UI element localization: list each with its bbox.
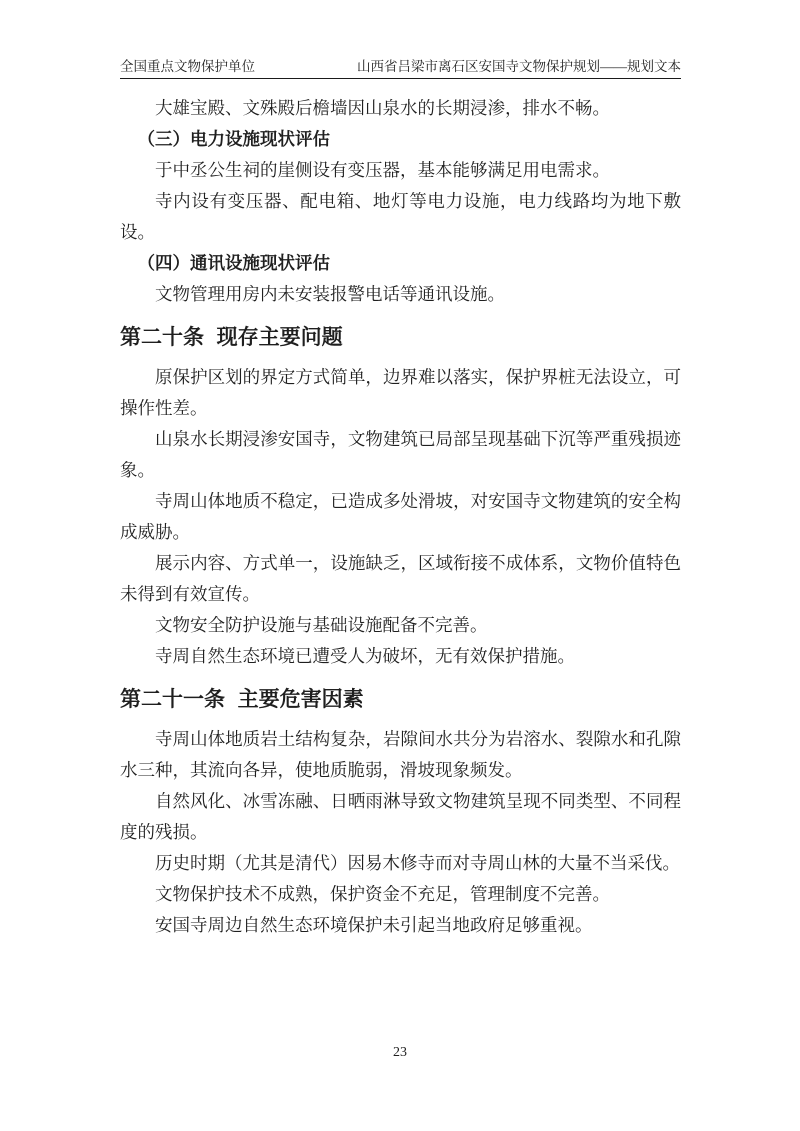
subsection-heading: （四）通讯设施现状评估 — [120, 248, 681, 279]
paragraph: 文物安全防护设施与基础设施配备不完善。 — [120, 610, 681, 641]
paragraph: 展示内容、方式单一，设施缺乏，区域衔接不成体系，文物价值特色未得到有效宣传。 — [120, 548, 681, 610]
paragraph: 寺周山体地质不稳定，已造成多处滑坡，对安国寺文物建筑的安全构成威胁。 — [120, 486, 681, 548]
article-heading: 第二十一条主要危害因素 — [120, 683, 681, 716]
page-content: 全国重点文物保护单位 山西省吕梁市离石区安国寺文物保护规划——规划文本 大雄宝殿… — [120, 57, 681, 941]
paragraph: 自然风化、冰雪冻融、日晒雨淋导致文物建筑呈现不同类型、不同程度的残损。 — [120, 786, 681, 848]
page-footer: 23 — [0, 1044, 800, 1062]
paragraph: 原保护区划的界定方式简单，边界难以落实，保护界桩无法设立，可操作性差。 — [120, 362, 681, 424]
paragraph: 历史时期（尤其是清代）因易木修寺而对寺周山林的大量不当采伐。 — [120, 848, 681, 879]
article-title: 主要危害因素 — [238, 688, 364, 711]
article-heading: 第二十条现存主要问题 — [120, 321, 681, 354]
paragraph: 安国寺周边自然生态环境保护未引起当地政府足够重视。 — [120, 910, 681, 941]
paragraph: 山泉水长期浸渗安国寺，文物建筑已局部呈现基础下沉等严重残损迹象。 — [120, 424, 681, 486]
page-header: 全国重点文物保护单位 山西省吕梁市离石区安国寺文物保护规划——规划文本 — [120, 57, 681, 79]
page-number: 23 — [393, 1045, 407, 1060]
header-left-text: 全国重点文物保护单位 — [120, 57, 255, 77]
subsection-heading: （三）电力设施现状评估 — [120, 124, 681, 155]
paragraph: 文物保护技术不成熟，保护资金不充足，管理制度不完善。 — [120, 879, 681, 910]
paragraph: 寺内设有变压器、配电箱、地灯等电力设施，电力线路均为地下敷设。 — [120, 186, 681, 248]
article-title: 现存主要问题 — [217, 326, 343, 349]
paragraph: 寺周自然生态环境已遭受人为破坏，无有效保护措施。 — [120, 641, 681, 672]
paragraph: 文物管理用房内未安装报警电话等通讯设施。 — [120, 279, 681, 310]
document-body: 大雄宝殿、文殊殿后檐墙因山泉水的长期浸渗，排水不畅。 （三）电力设施现状评估 于… — [120, 93, 681, 941]
article-number: 第二十一条 — [120, 688, 225, 711]
paragraph: 大雄宝殿、文殊殿后檐墙因山泉水的长期浸渗，排水不畅。 — [120, 93, 681, 124]
paragraph: 寺周山体地质岩土结构复杂，岩隙间水共分为岩溶水、裂隙水和孔隙水三种，其流向各异，… — [120, 724, 681, 786]
paragraph: 于中丞公生祠的崖侧设有变压器，基本能够满足用电需求。 — [120, 155, 681, 186]
header-right-text: 山西省吕梁市离石区安国寺文物保护规划——规划文本 — [357, 57, 681, 77]
article-number: 第二十条 — [120, 326, 204, 349]
document-page: 全国重点文物保护单位 山西省吕梁市离石区安国寺文物保护规划——规划文本 大雄宝殿… — [0, 0, 800, 1131]
